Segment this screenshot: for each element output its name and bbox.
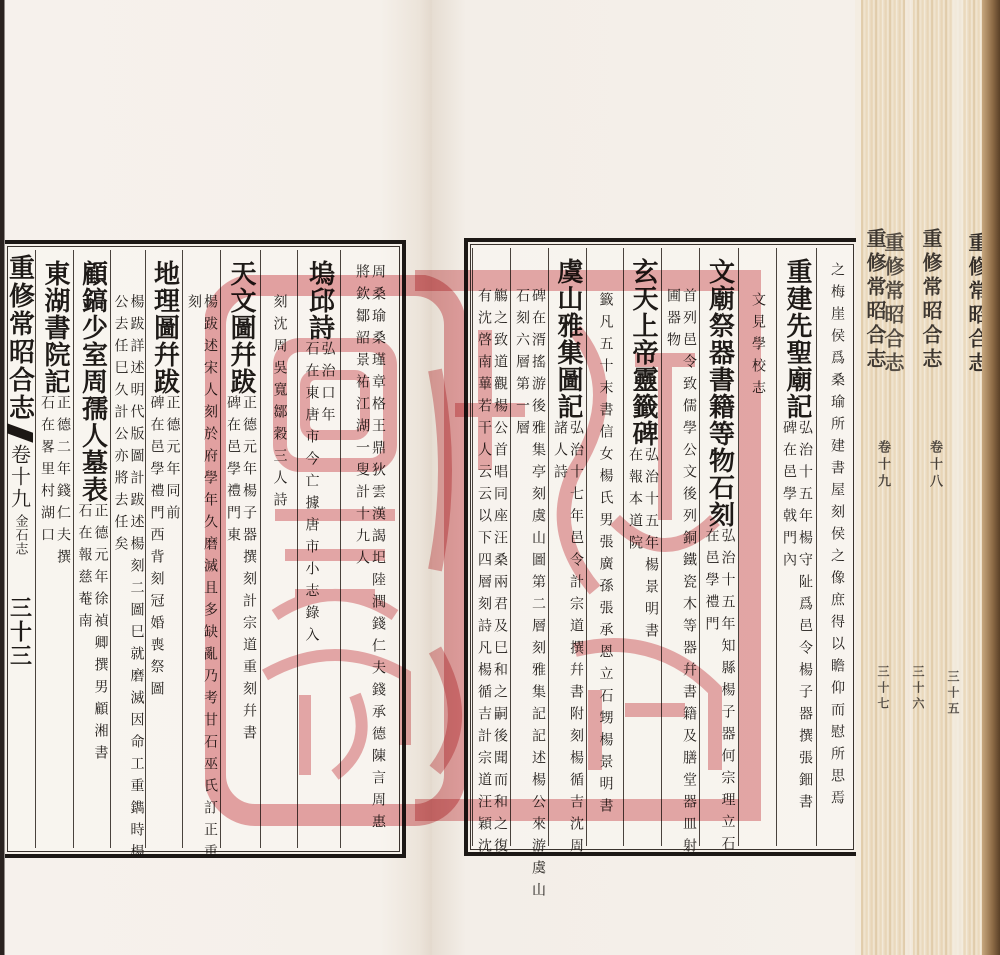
column-subtext: 石在東唐市今亡據唐市小志錄入 xyxy=(305,341,319,649)
column-subtext: 刻 xyxy=(187,294,201,848)
text-column: 碑在湑搖游後雅集亭刻虞山圖第二層刻雅集記記述楊公來游虞山 石刻六層第一層 xyxy=(510,248,549,846)
text-column: 楊跋述宋人刻於府學年久磨滅且多缺亂乃考甘石巫氏訂正重 刻 xyxy=(182,250,221,848)
column-text: 正德二年錢仁夫撰 xyxy=(56,395,70,571)
column-text: 弘治十五年楊景明書 xyxy=(644,447,658,645)
column-subtext: 在邑學禮門 xyxy=(705,528,719,858)
page-edge-stack: 重修常昭合志 重修常昭合志 重修常昭合志 重修常昭合志 卷十九 卷十八 三十七 … xyxy=(855,0,1000,955)
column-text: 刻沈周吳寬鄒穀三人詩 xyxy=(273,250,287,848)
entry-title: 虞山雅集圖記 xyxy=(555,248,581,420)
column-subtext: 石刻六層第一層 xyxy=(515,288,529,846)
column-text: 楊跋述宋人刻於府學年久磨滅且多缺亂乃考甘石巫氏訂正重 xyxy=(203,294,217,848)
column-subtext: 圃器物 xyxy=(666,288,680,846)
column-subtext: 碑在邑學禮門西背刻冠婚喪祭圖 xyxy=(150,395,164,703)
text-column: 首列邑令致儒學公文後列銅鐵瓷木等器幷書籍及膳堂器皿射 圃器物 xyxy=(661,248,700,846)
text-column: 虞山雅集圖記 弘治十七年邑令計宗道撰幷書附刻楊循吉沈周 諸人詩 xyxy=(548,248,587,846)
text-column: 楊跋詳述明代版圖計跋述楊刻二圖巳就磨滅因命工重鐫時楊 公去任巳久計公亦將去任矣 xyxy=(110,250,146,848)
column-subtext: 碑在邑學戟門內 xyxy=(782,420,796,816)
entry-title: 塢邱詩 xyxy=(307,250,333,341)
text-column: 文廟祭器書籍等物石刻 弘治十五年知縣楊子器何宗理立石 在邑學禮門 xyxy=(699,248,739,846)
column-text: 觴之致道觀楊公首唱同座汪桑兩君及巳和之嗣後聞而和之復 xyxy=(493,288,507,846)
text-column: 東湖書院記 正德二年錢仁夫撰 石在畧里村湖口 xyxy=(35,250,74,848)
edge-book-title: 重修常昭合志 xyxy=(879,232,908,376)
entry-title: 重建先聖廟記 xyxy=(784,248,810,420)
page-edge-strip xyxy=(905,0,913,955)
column-text: 正德元年同前 xyxy=(166,395,180,703)
column-text: 弘治口年 xyxy=(321,341,335,649)
column-subtext: 石在畧里村湖口 xyxy=(40,395,54,571)
text-column: 文見學校志 xyxy=(738,248,777,846)
column-subtext: 碑在邑學禮門東 xyxy=(226,395,240,747)
edge-page-number: 三十七 xyxy=(875,665,892,713)
column-subtext: 公去任巳久計公亦將去任矣 xyxy=(114,294,128,848)
column-text: 之梅崖侯爲桑瑜所建書屋刻侯之像庶得以瞻仰而慰所思焉 xyxy=(830,248,844,846)
entry-title: 東湖書院記 xyxy=(42,250,68,395)
text-column: 重建先聖廟記 弘治十五年楊守阯爲邑令楊子器撰張鈿書 碑在邑學戟門內 xyxy=(776,248,817,846)
edge-book-title: 重修常昭合志 xyxy=(917,228,946,372)
edge-volume: 卷十八 xyxy=(925,440,944,491)
column-subtext: 在報本道院 xyxy=(628,447,642,645)
column-text: 周桑瑜桑瑾章格王鼎狄雲漢謁圯陸潤錢仁夫錢承德陳言周惠 xyxy=(371,264,385,848)
text-column: 顧鎬少室周孺人墓表 正德元年徐禎卿撰男顧湘書 石在報慈菴南 xyxy=(73,250,111,848)
entry-title: 文廟祭器書籍等物石刻 xyxy=(707,248,733,528)
column-text: 弘治十七年邑令計宗道撰幷書附刻楊循吉沈周 xyxy=(569,420,583,860)
column-subtext: 將欽鄒韶景祐江湖一叟計十九人 xyxy=(355,264,369,848)
column-subtext: 諸人詩 xyxy=(553,420,567,860)
left-page-frame: 重修常昭合志 卷十九 金石志 三十三 周桑瑜桑瑾章格王鼎狄雲漢謁圯陸潤錢仁夫錢承… xyxy=(5,240,406,858)
page-edge-strip xyxy=(953,0,963,955)
column-text: 弘治十五年知縣楊子器何宗理立石 xyxy=(721,528,735,858)
edge-volume: 卷十九 xyxy=(873,440,892,491)
text-column: 之梅崖侯爲桑瑜所建書屋刻侯之像庶得以瞻仰而慰所思焉 xyxy=(816,248,857,846)
column-text: 楊跋詳述明代版圖計跋述楊刻二圖巳就磨滅因命工重鐫時楊 xyxy=(130,294,144,848)
text-column: 天文圖幷跋 正德元年楊子器撰刻計宗道重刻幷書 碑在邑學禮門東 xyxy=(220,250,261,848)
column-text: 碑在湑搖游後雅集亭刻虞山圖第二層刻雅集記記述楊公來游虞山 xyxy=(531,288,545,846)
entry-title: 天文圖幷跋 xyxy=(228,250,254,395)
text-column: 玄天上帝靈籤碑 弘治十五年楊景明書 在報本道院 xyxy=(623,248,662,846)
edge-page-number: 三十六 xyxy=(910,665,927,713)
text-column: 周桑瑜桑瑾章格王鼎狄雲漢謁圯陸潤錢仁夫錢承德陳言周惠 將欽鄒韶景祐江湖一叟計十九… xyxy=(340,250,399,848)
column-text: 正德元年徐禎卿撰男顧湘書 xyxy=(94,503,108,767)
page-number: 三十三 xyxy=(5,596,36,668)
column-text: 文見學校志 xyxy=(751,248,765,846)
book-title: 重修常昭合志 xyxy=(2,254,39,422)
column-text: 籤凡五十末書信女楊氏男張廣孫張承恩立石甥楊景明書 xyxy=(599,248,613,846)
column-text: 正德元年楊子器撰刻計宗道重刻幷書 xyxy=(242,395,256,747)
book-spine xyxy=(982,0,1000,955)
text-column: 觴之致道觀楊公首唱同座汪桑兩君及巳和之嗣後聞而和之復 有沈啓南蓽若干人云云以下四… xyxy=(472,248,511,846)
column-text: 弘治十五年楊守阯爲邑令楊子器撰張鈿書 xyxy=(798,420,812,816)
column-subtext: 石在報慈菴南 xyxy=(78,503,92,767)
text-column: 塢邱詩 弘治口年 石在東唐市今亡據唐市小志錄入 xyxy=(297,250,341,848)
text-column: 地理圖幷跋 正德元年同前 碑在邑學禮門西背刻冠婚喪祭圖 xyxy=(145,250,183,848)
entry-title: 玄天上帝靈籤碑 xyxy=(630,248,656,447)
column-text: 首列邑令致儒學公文後列銅鐵瓷木等器幷書籍及膳堂器皿射 xyxy=(682,288,696,846)
right-page-frame: 之梅崖侯爲桑瑜所建書屋刻侯之像庶得以瞻仰而慰所思焉 重建先聖廟記 弘治十五年楊守… xyxy=(464,238,856,856)
entry-title: 顧鎬少室周孺人墓表 xyxy=(80,250,106,503)
fish-tail-mark xyxy=(7,423,33,442)
entry-title: 地理圖幷跋 xyxy=(152,250,178,395)
volume-label: 卷十九 xyxy=(6,444,35,510)
text-column: 籤凡五十末書信女楊氏男張廣孫張承恩立石甥楊景明書 xyxy=(586,248,624,846)
section-label: 金石志 xyxy=(11,514,30,556)
fish-tail-column: 重修常昭合志 卷十九 金石志 三十三 xyxy=(5,250,36,848)
text-column: 刻沈周吳寬鄒穀三人詩 xyxy=(260,250,298,848)
edge-page-number: 三十五 xyxy=(945,670,962,718)
column-subtext: 有沈啓南蓽若干人云云以下四層刻詩凡楊循吉計宗道汪穎沈 xyxy=(477,288,491,846)
